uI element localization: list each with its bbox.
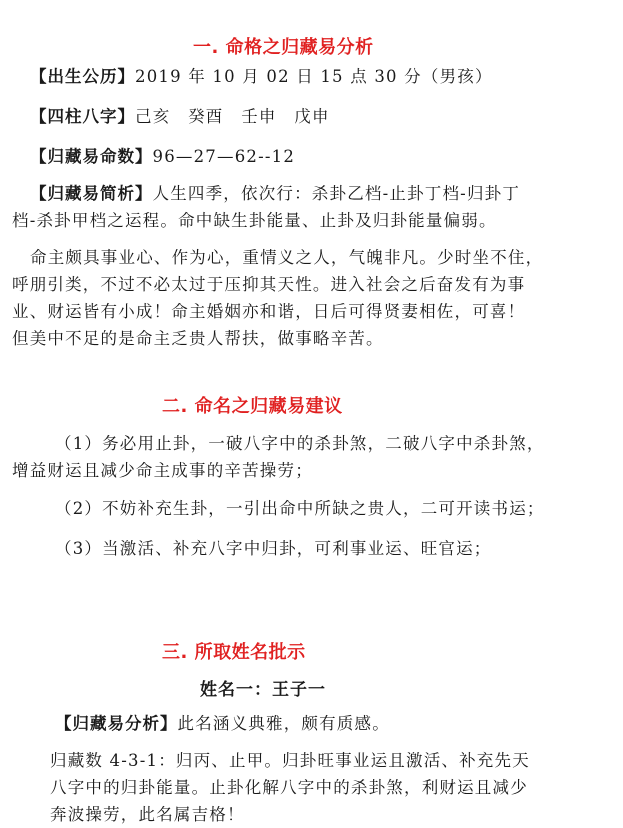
guizang-number-label: 【归藏易命数】 bbox=[30, 147, 153, 166]
name-analysis-line: 【归藏易分析】此名涵义典雅，颇有质感。 bbox=[55, 711, 390, 737]
guizang-number-desc-line-1: 归藏数 4-3-1：归丙、止甲。归卦旺事业运且激活、补充先天 bbox=[50, 748, 530, 774]
birth-date-value: 2019 年 10 月 02 日 15 点 30 分（男孩） bbox=[135, 67, 493, 86]
suggestion-2: （2）不妨补充生卦，一引出命中所缺之贵人，二可开读书运； bbox=[55, 496, 545, 522]
guizang-number-line: 【归藏易命数】96—27—62--12 bbox=[30, 144, 295, 170]
name-analysis-value: 此名涵义典雅，颇有质感。 bbox=[178, 714, 390, 733]
document-page: 一. 命格之归藏易分析 【出生公历】2019 年 10 月 02 日 15 点 … bbox=[0, 0, 623, 828]
birth-date-label: 【出生公历】 bbox=[30, 67, 135, 86]
bazi-line: 【四柱八字】己亥 癸酉 壬申 戊申 bbox=[30, 104, 330, 130]
bazi-value: 己亥 癸酉 壬申 戊申 bbox=[135, 107, 330, 126]
guizang-number-desc-line-3: 奔波操劳，此名属吉格！ bbox=[50, 802, 245, 828]
section-1-heading: 一. 命格之归藏易分析 bbox=[193, 33, 374, 59]
guizang-number-value: 96—27—62--12 bbox=[153, 147, 296, 166]
suggestion-3: （3）当激活、补充八字中归卦，可利事业运、旺官运； bbox=[55, 536, 492, 562]
description-line-2: 呼朋引类，不过不必太过于压抑其天性。进入社会之后奋发有为事 bbox=[12, 272, 525, 298]
name-analysis-label: 【归藏易分析】 bbox=[55, 714, 178, 733]
brief-analysis-line-2: 档-杀卦甲档之运程。命中缺生卦能量、止卦及归卦能量偏弱。 bbox=[12, 208, 497, 234]
brief-analysis-text-1: 人生四季，依次行：杀卦乙档-止卦丁档-归卦丁 bbox=[153, 184, 521, 203]
description-line-1: 命主颇具事业心、作为心，重情义之人，气魄非凡。少时坐不住， bbox=[30, 245, 543, 271]
brief-analysis-line-1: 【归藏易简析】人生四季，依次行：杀卦乙档-止卦丁档-归卦丁 bbox=[30, 181, 520, 207]
description-line-3: 业、财运皆有小成！命主婚姻亦和谐，日后可得贤妻相佐，可喜！ bbox=[12, 299, 525, 325]
suggestion-1-line-1: （1）务必用止卦，一破八字中的杀卦煞，二破八字中杀卦煞， bbox=[55, 431, 545, 457]
brief-analysis-label: 【归藏易简析】 bbox=[30, 184, 153, 203]
suggestion-1-line-2: 增益财运且减少命主成事的辛苦操劳； bbox=[12, 458, 313, 484]
birth-date-line: 【出生公历】2019 年 10 月 02 日 15 点 30 分（男孩） bbox=[30, 64, 493, 90]
section-2-heading: 二. 命名之归藏易建议 bbox=[162, 392, 343, 418]
bazi-label: 【四柱八字】 bbox=[30, 107, 135, 126]
guizang-number-desc-line-2: 八字中的归卦能量。止卦化解八字中的杀卦煞，利财运且减少 bbox=[50, 775, 528, 801]
section-3-heading: 三. 所取姓名批示 bbox=[162, 638, 306, 664]
name-candidate-title: 姓名一：王子一 bbox=[200, 675, 326, 700]
description-line-4: 但美中不足的是命主乏贵人帮扶，做事略辛苦。 bbox=[12, 326, 384, 352]
